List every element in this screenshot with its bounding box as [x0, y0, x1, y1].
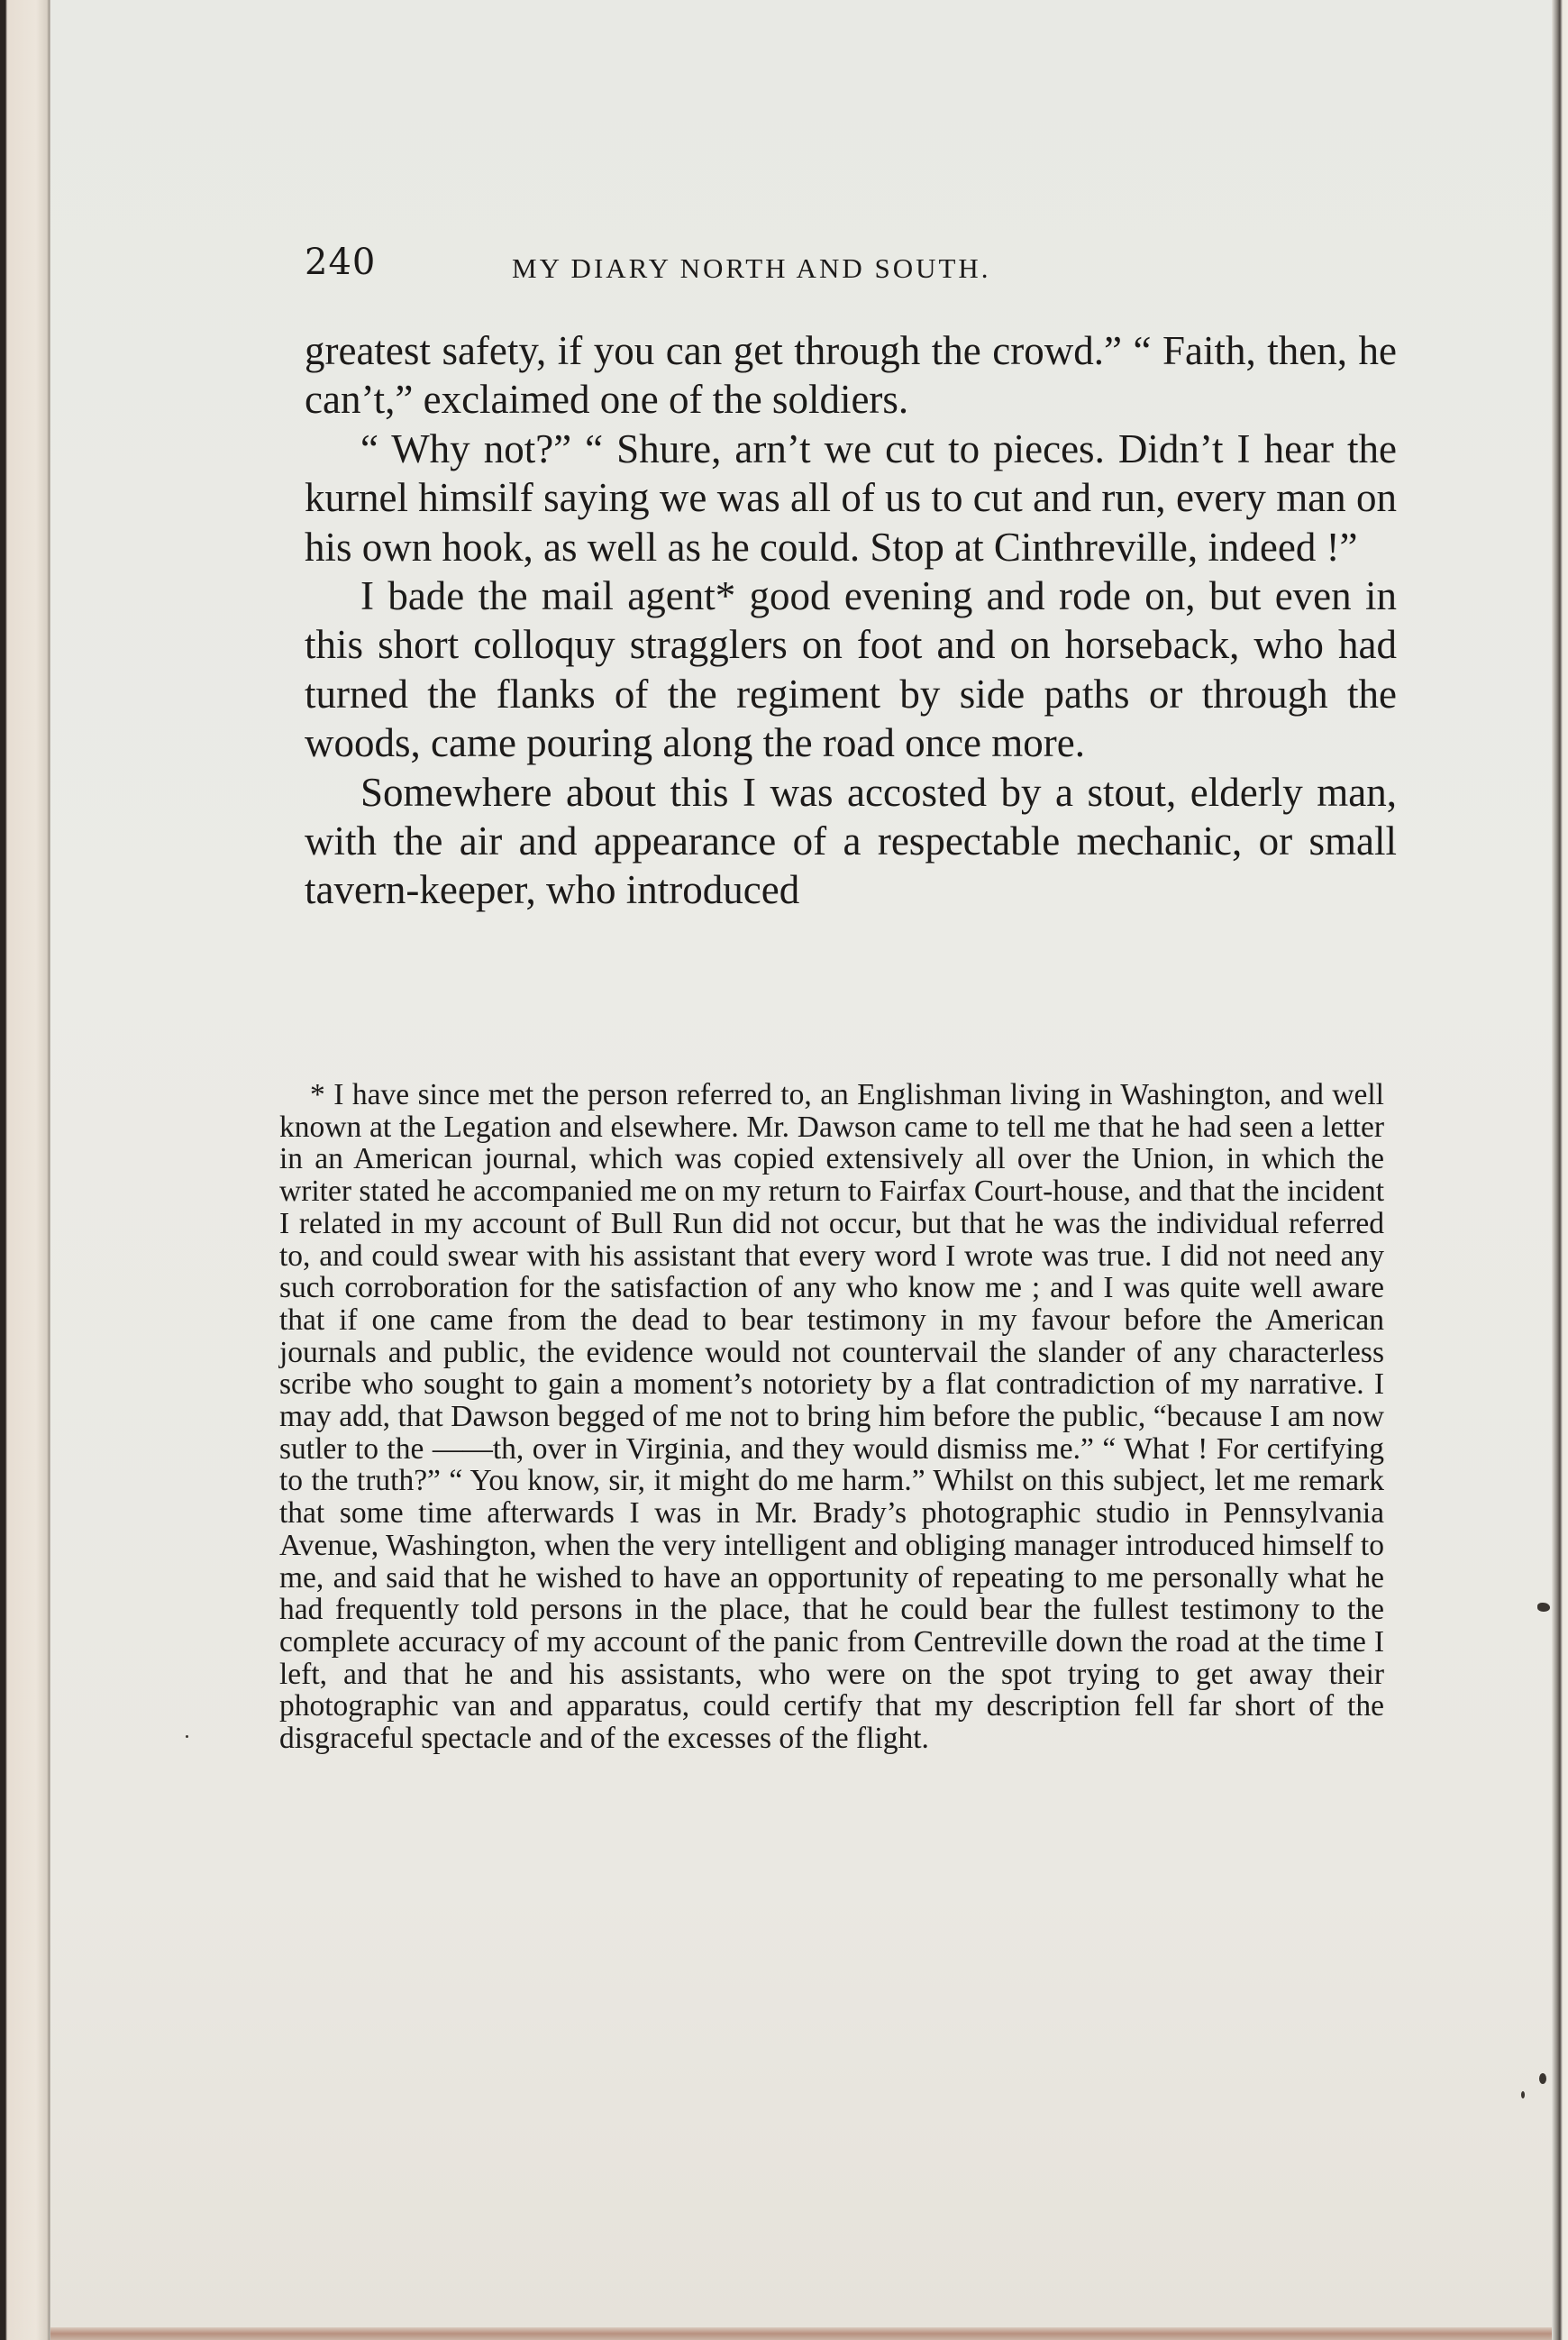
page-content: 240 MY DIARY NORTH AND SOUTH. greatest s…: [50, 0, 1552, 2340]
paragraph-mail-agent: I bade the mail agent* good evening and …: [305, 571, 1397, 768]
footnote: * I have since met the person referred t…: [279, 1079, 1384, 1755]
book-edge-right: [1552, 0, 1568, 2340]
book-spine-edge-left: [0, 0, 50, 2340]
paragraph-continuation: greatest safety, if you can get through …: [305, 326, 1397, 425]
ink-speck: [186, 1735, 188, 1738]
ink-speck: [1539, 2073, 1546, 2084]
page-bottom-edge: [50, 2327, 1552, 2340]
ink-speck: [1521, 2091, 1525, 2098]
running-head: 240 MY DIARY NORTH AND SOUTH.: [305, 242, 1386, 296]
paragraph-dialogue: “ Why not?” “ Shure, arn’t we cut to pie…: [305, 425, 1397, 571]
main-text: greatest safety, if you can get through …: [305, 326, 1397, 915]
page-number: 240: [305, 242, 376, 283]
footnote-text: * I have since met the person referred t…: [279, 1079, 1384, 1755]
book-page: 240 MY DIARY NORTH AND SOUTH. greatest s…: [50, 0, 1552, 2340]
running-title: MY DIARY NORTH AND SOUTH.: [512, 252, 991, 285]
ink-speck: [1537, 1603, 1550, 1612]
paragraph-stout-man: Somewhere about this I was accosted by a…: [305, 768, 1397, 915]
